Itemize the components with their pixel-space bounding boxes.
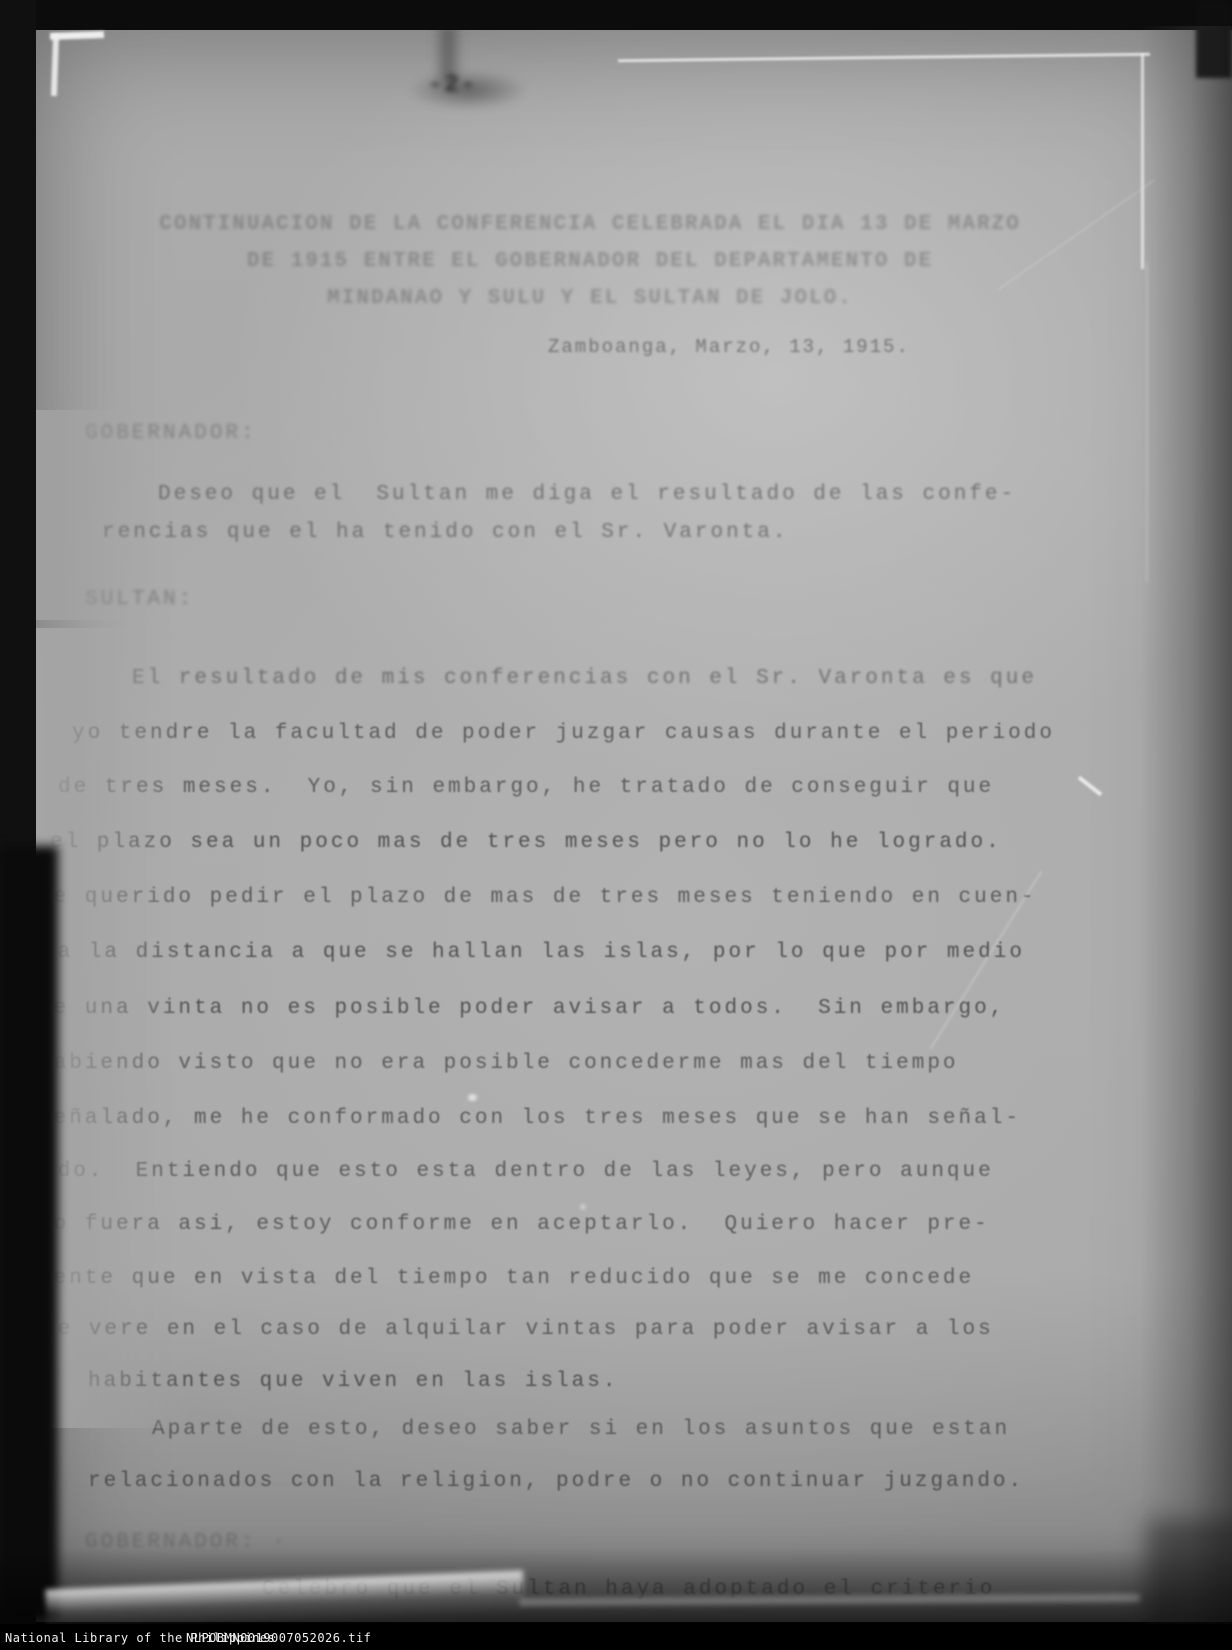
sultan-line: señalado, me he conformado con los tres …	[38, 1107, 1021, 1130]
archive-filename-label: NLPOBMN0019007052026.tif	[186, 1631, 371, 1645]
sultan-line: ta la distancia a que se hallan las isla…	[42, 941, 1025, 964]
document-heading: CONTINUACION DE LA CONFERENCIA CELEBRADA…	[60, 206, 1120, 317]
dateline: Zamboanga, Marzo, 13, 1915.	[548, 336, 910, 358]
film-border-top	[0, 0, 1232, 30]
sultan-line: ado. Entiendo que esto esta dentro de la…	[42, 1160, 994, 1183]
sultan-line: He querido pedir el plazo de mas de tres…	[38, 886, 1037, 909]
heading-line-1: CONTINUACION DE LA CONFERENCIA CELEBRADA…	[60, 206, 1120, 243]
governor1-line: Deseo que el Sultan me diga el resultado…	[158, 483, 1016, 506]
sultan-line: me vere en el caso de alquilar vintas pa…	[42, 1318, 994, 1341]
sultan-line: no fuera asi, estoy conforme en aceptarl…	[38, 1213, 990, 1236]
sultan-line: Aparte de esto, deseo saber si en los as…	[152, 1418, 1010, 1441]
speaker-label-governor-1: GOBERNADOR:	[85, 422, 257, 445]
sultan-line: de una vinta no es posible poder avisar …	[38, 997, 1005, 1020]
sultan-line: relacionados con la religion, podre o no…	[88, 1470, 1024, 1493]
speaker-label-sultan: SULTAN:	[85, 588, 194, 611]
page-number: -2-	[428, 72, 477, 99]
sultan-line: habiendo visto que no era posible conced…	[38, 1052, 959, 1075]
sultan-line: yo tendre la facultad de poder juzgar ca…	[72, 722, 1055, 745]
sultan-line: habitantes que viven en las islas.	[88, 1370, 618, 1393]
dust-speck	[580, 1204, 586, 1210]
scanned-document-photo: -2- CONTINUACION DE LA CONFERENCIA CELEB…	[0, 0, 1232, 1650]
film-border-left-blob	[0, 846, 58, 1620]
sultan-line: de tres meses. Yo, sin embargo, he trata…	[58, 776, 994, 799]
heading-line-3: MINDANAO Y SULU Y EL SULTAN DE JOLO.	[60, 280, 1120, 317]
dust-speck	[468, 1094, 477, 1101]
sultan-line: El resultado de mis conferencias con el …	[132, 667, 1037, 690]
glare-line-right-faint	[1146, 262, 1148, 582]
sultan-line: el plazo sea un poco mas de tres meses p…	[50, 831, 1002, 854]
sultan-line: sente que en vista del tiempo tan reduci…	[38, 1267, 974, 1290]
glare-line-right	[1141, 54, 1144, 269]
film-corner-bottom-right	[1146, 1520, 1232, 1630]
heading-line-2: DE 1915 ENTRE EL GOBERNADOR DEL DEPARTAM…	[60, 243, 1120, 280]
right-edge-shadow	[1140, 26, 1232, 1622]
governor1-line: rencias que el ha tenido con el Sr. Varo…	[102, 521, 789, 544]
